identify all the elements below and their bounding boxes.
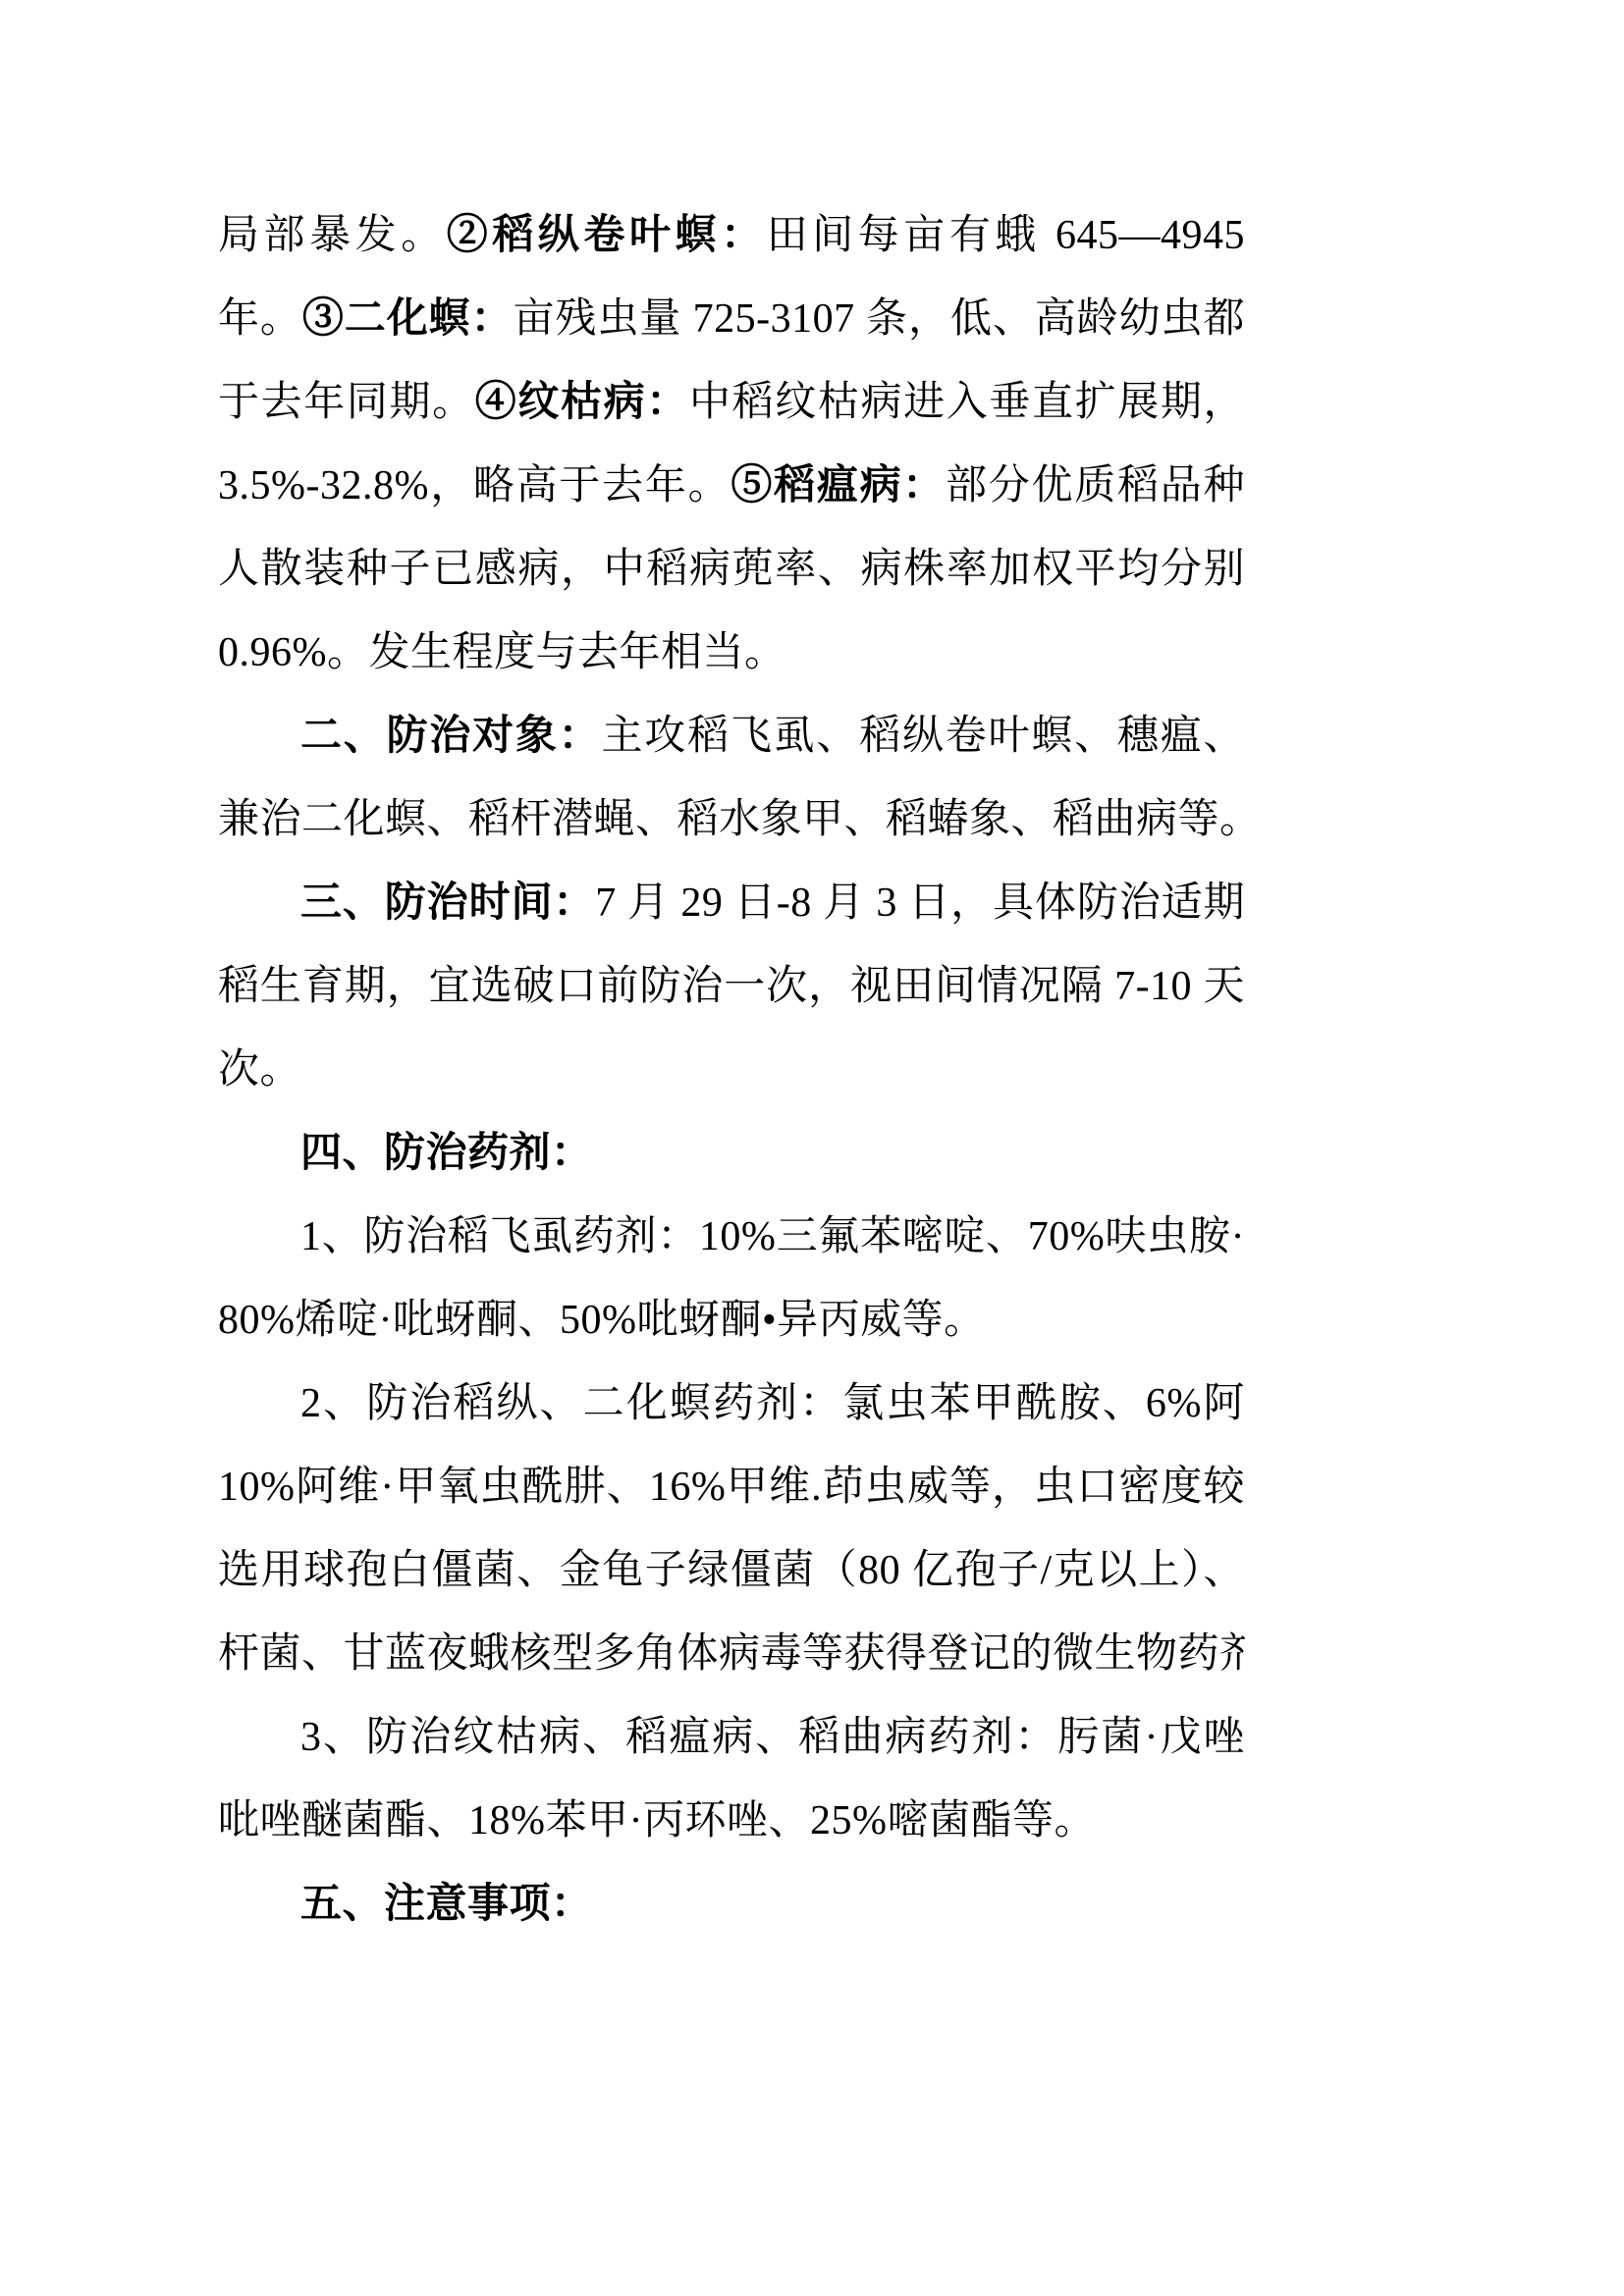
text-line: 1、防治稻飞虱药剂：10%三氟苯嘧啶、70%呋虫胺·吡蚜酮、 — [218, 1196, 1245, 1279]
text-run: 80%烯啶·吡蚜酮、50%吡蚜酮•异丙威等。 — [218, 1298, 986, 1343]
text-line: 3、防治纹枯病、稻瘟病、稻曲病药剂：肟菌·戊唑醇、25% — [218, 1696, 1245, 1780]
text-line: 兼治二化螟、稻杆潜蝇、稻水象甲、稻蝽象、稻曲病等。 — [218, 778, 1245, 862]
text-line: 0.96%。发生程度与去年相当。 — [218, 612, 1245, 695]
text-run: 选用球孢白僵菌、金龟子绿僵菌（80 亿孢子/克以上）、苏云金 — [218, 1548, 1245, 1613]
text-line: 稻生育期，宜选破口前防治一次，视田间情况隔 7-10 天再防一 — [218, 945, 1245, 1029]
text-run: 3.5%-32.8%，略高于去年。 — [218, 463, 731, 508]
text-run: 3、防治纹枯病、稻瘟病、稻曲病药剂：肟菌·戊唑醇、25% — [218, 1715, 1245, 1780]
bold-heading-run: 四、防治药剂： — [300, 1131, 593, 1176]
text-run: 于去年同期。 — [218, 380, 475, 425]
text-line: 三、防治时间：7 月 29 日-8 月 3 日，具体防治适期结合中 — [218, 862, 1245, 945]
bold-heading-run: ⑤稻瘟病： — [731, 463, 946, 508]
text-line: 二、防治对象：主攻稻飞虱、稻纵卷叶螟、穗瘟、纹枯病， — [218, 695, 1245, 778]
text-run: 稻生育期，宜选破口前防治一次，视田间情况隔 7-10 天再防一 — [218, 964, 1245, 1029]
text-line: 五、注意事项： — [218, 1863, 1245, 1947]
bold-heading-run: ④纹枯病： — [475, 380, 689, 425]
text-line: 次。 — [218, 1029, 1245, 1112]
bold-heading-run: 二、防治对象： — [300, 714, 602, 759]
bold-heading-run: 三、防治时间： — [300, 881, 595, 926]
text-line: 人散装种子已感病，中稻病蔸率、病株率加权平均分别为 3.6%、 — [218, 528, 1245, 612]
text-line: 2、防治稻纵、二化螟药剂：氯虫苯甲酰胺、6%阿维·氯苯、 — [218, 1362, 1245, 1446]
bold-heading-run: ③二化螟： — [302, 296, 514, 342]
text-run: 0.96%。发生程度与去年相当。 — [218, 630, 786, 675]
document-page: 局部暴发。②稻纵卷叶螟：田间每亩有蛾 645—4945 只，低于去年。③二化螟：… — [0, 0, 1624, 2296]
text-line: 10%阿维·甲氧虫酰肼、16%甲维.茚虫威等，虫口密度较低的可 — [218, 1446, 1245, 1529]
text-line: 杆菌、甘蓝夜蛾核型多角体病毒等获得登记的微生物药剂防治。 — [218, 1613, 1245, 1696]
text-line: 局部暴发。②稻纵卷叶螟：田间每亩有蛾 645—4945 只，低于去 — [218, 194, 1245, 278]
text-line: 80%烯啶·吡蚜酮、50%吡蚜酮•异丙威等。 — [218, 1279, 1245, 1362]
text-run: 年。 — [218, 296, 302, 342]
text-run: 1、防治稻飞虱药剂：10%三氟苯嘧啶、70%呋虫胺·吡蚜酮、 — [218, 1214, 1245, 1279]
bold-heading-run: 五、注意事项： — [300, 1882, 593, 1927]
text-line: 于去年同期。④纹枯病：中稻纹枯病进入垂直扩展期，病蔸率 — [218, 361, 1245, 445]
text-run: 人散装种子已感病，中稻病蔸率、病株率加权平均分别为 3.6%、 — [218, 547, 1245, 612]
text-line: 吡唑醚菌酯、18%苯甲·丙环唑、25%嘧菌酯等。 — [218, 1780, 1245, 1863]
text-run: 杆菌、甘蓝夜蛾核型多角体病毒等获得登记的微生物药剂防治。 — [218, 1631, 1245, 1677]
text-run: 吡唑醚菌酯、18%苯甲·丙环唑、25%嘧菌酯等。 — [218, 1798, 1096, 1843]
text-line: 选用球孢白僵菌、金龟子绿僵菌（80 亿孢子/克以上）、苏云金 — [218, 1529, 1245, 1613]
text-run: 次。 — [218, 1047, 301, 1093]
text-run: 2、防治稻纵、二化螟药剂：氯虫苯甲酰胺、6%阿维·氯苯、 — [218, 1381, 1245, 1446]
text-line: 年。③二化螟：亩残虫量 725-3107 条，低、高龄幼虫都有，高 — [218, 278, 1245, 361]
text-run: 兼治二化螟、稻杆潜蝇、稻水象甲、稻蝽象、稻曲病等。 — [218, 797, 1245, 842]
document-body: 局部暴发。②稻纵卷叶螟：田间每亩有蛾 645—4945 只，低于去年。③二化螟：… — [218, 194, 1245, 1947]
text-run: 局部暴发。 — [218, 213, 447, 258]
bold-heading-run: ②稻纵卷叶螟： — [447, 213, 767, 258]
text-run: 10%阿维·甲氧虫酰肼、16%甲维.茚虫威等，虫口密度较低的可 — [218, 1465, 1245, 1529]
text-line: 四、防治药剂： — [218, 1112, 1245, 1196]
text-line: 3.5%-32.8%，略高于去年。⑤稻瘟病：部分优质稻品种和购买私 — [218, 445, 1245, 528]
